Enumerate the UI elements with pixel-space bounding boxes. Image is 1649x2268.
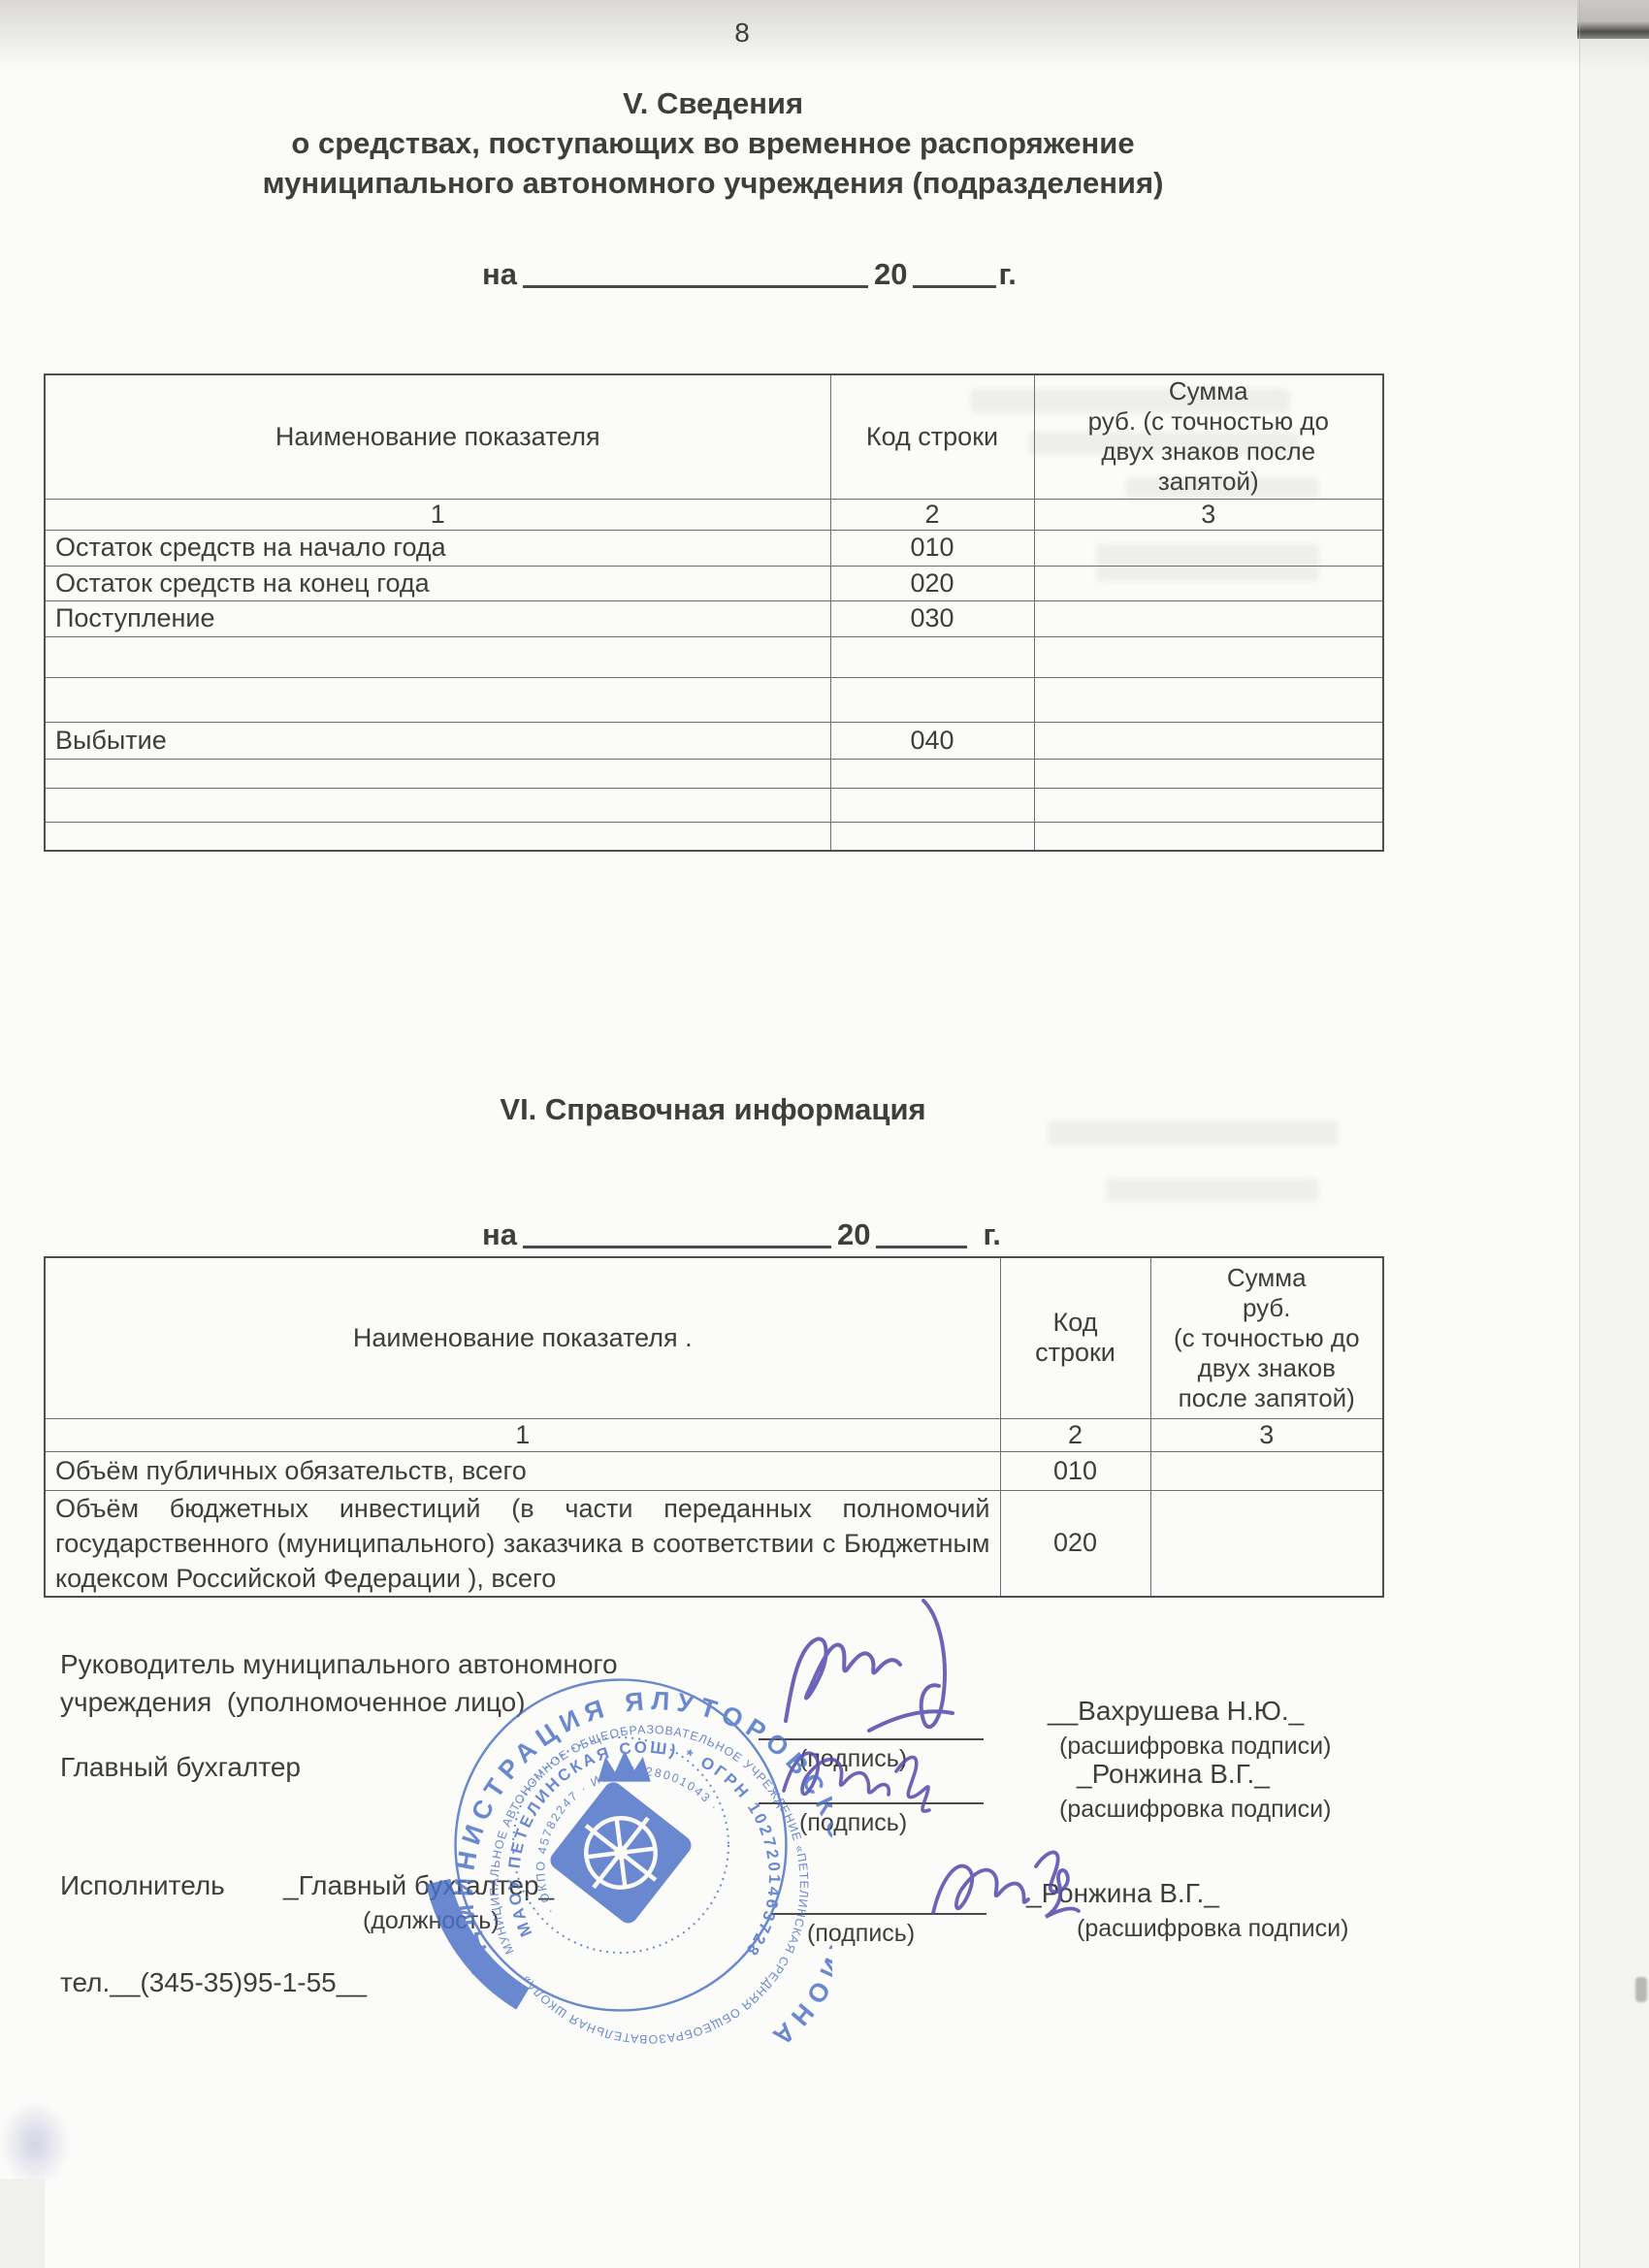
sum-cell <box>1034 677 1383 722</box>
line-code-cell <box>830 788 1034 822</box>
line-code-cell: 020 <box>1000 1490 1150 1597</box>
table-row: Объём публичных обязательств, всего 010 <box>45 1451 1383 1490</box>
date-year20-label: 20 <box>874 257 907 291</box>
table-header-row: Наименование показателя . Код строки Сум… <box>45 1257 1383 1418</box>
transcript-caption: (расшифровка подписи) <box>1077 1915 1348 1943</box>
numbering-cell: 3 <box>1150 1418 1383 1451</box>
official-round-stamp: АДМИНИСТРАЦИЯ ЯЛУТОРОВСКОГО РАЙОНА МУНИЦ… <box>409 1634 832 2057</box>
table-row <box>45 822 1383 851</box>
line-code-cell <box>830 759 1034 788</box>
date-g-label: г. <box>983 1217 1000 1251</box>
indicator-name-cell <box>45 822 830 851</box>
sum-cell <box>1034 788 1383 822</box>
line-code-cell <box>830 677 1034 722</box>
table-row: Объём бюджетных инвестиций (в части пере… <box>45 1490 1383 1597</box>
header-code: Код строки <box>830 374 1034 499</box>
handwritten-signature-executor <box>923 1831 1117 1938</box>
table-row: Выбытие 040 <box>45 722 1383 759</box>
header-name: Наименование показателя . <box>45 1257 1000 1418</box>
sum-cell <box>1034 530 1383 566</box>
line-code-cell: 020 <box>830 566 1034 600</box>
page-number: 8 <box>0 17 1484 49</box>
line-code-cell: 010 <box>830 530 1034 566</box>
accountant-name: _Ронжина В.Г._ <box>1077 1759 1270 1790</box>
table-row: Остаток средств на начало года 010 <box>45 530 1383 566</box>
line-code-cell: 040 <box>830 722 1034 759</box>
sum-cell <box>1034 759 1383 788</box>
date-year20-label: 20 <box>837 1217 870 1251</box>
indicator-name-cell <box>45 759 830 788</box>
ink-smudge <box>0 2101 70 2187</box>
sum-cell <box>1150 1490 1383 1597</box>
sum-cell <box>1034 722 1383 759</box>
date-g-label: г. <box>998 257 1016 291</box>
transcript-caption: (расшифровка подписи) <box>1059 1796 1331 1824</box>
line-code-cell <box>830 636 1034 677</box>
date-blank-field <box>523 256 868 288</box>
transcript-caption: (расшифровка подписи) <box>1059 1733 1331 1761</box>
numbering-row: 1 2 3 <box>45 499 1383 530</box>
head-name: __Вахрушева Н.Ю._ <box>1048 1696 1397 1727</box>
table-row <box>45 677 1383 722</box>
indicator-name-cell: Остаток средств на конец года <box>45 566 830 600</box>
table-row <box>45 759 1383 788</box>
sum-cell <box>1150 1451 1383 1490</box>
indicator-name-cell: Остаток средств на начало года <box>45 530 830 566</box>
header-name: Наименование показателя <box>45 374 830 499</box>
table-row: Поступление 030 <box>45 600 1383 636</box>
indicator-name-cell: Объём публичных обязательств, всего <box>45 1451 1000 1490</box>
numbering-cell: 1 <box>45 499 830 530</box>
table-header-row: Наименование показателя Код строки Сумма… <box>45 374 1383 499</box>
scan-edge-mark <box>1635 1977 1647 2002</box>
date-na-label: на <box>482 1217 517 1251</box>
section-vi-title: VI. Справочная информация <box>0 1092 1426 1127</box>
numbering-cell: 2 <box>1000 1418 1150 1451</box>
indicator-name-cell: Поступление <box>45 600 830 636</box>
numbering-cell: 3 <box>1034 499 1383 530</box>
date-blank-field <box>523 1216 831 1248</box>
table-row: Остаток средств на конец года 020 <box>45 566 1383 600</box>
executor-label: Исполнитель <box>60 1870 225 1901</box>
sum-cell <box>1034 600 1383 636</box>
indicator-name-cell: Объём бюджетных инвестиций (в части пере… <box>45 1490 1000 1597</box>
line-code-cell: 030 <box>830 600 1034 636</box>
numbering-cell: 1 <box>45 1418 1000 1451</box>
section-v-table: Наименование показателя Код строки Сумма… <box>44 373 1384 852</box>
indicator-name-cell <box>45 636 830 677</box>
table-row <box>45 788 1383 822</box>
indicator-name-cell: Выбытие <box>45 722 830 759</box>
scan-edge-band <box>1579 0 1649 2268</box>
accountant-label: Главный бухгалтер <box>60 1752 301 1783</box>
date-na-label: на <box>482 257 517 291</box>
sum-cell <box>1034 822 1383 851</box>
bleed-through-smudge <box>1106 1179 1319 1202</box>
header-sum: Сумма руб. (с точностью до двух знаков п… <box>1150 1257 1383 1418</box>
numbering-row: 1 2 3 <box>45 1418 1383 1451</box>
header-code: Код строки <box>1000 1257 1150 1418</box>
year-blank-field <box>913 256 996 288</box>
header-sum: Сумма руб. (с точностью до двух знаков п… <box>1034 374 1383 499</box>
section-vi-table: Наименование показателя . Код строки Сум… <box>44 1256 1384 1598</box>
line-code-cell <box>830 822 1034 851</box>
indicator-name-cell <box>45 677 830 722</box>
scan-edge-shadow <box>0 2179 45 2268</box>
section-v-title: V. Сведения о средствах, поступающих во … <box>0 83 1426 203</box>
phone-line: тел.__(345-35)95-1-55__ <box>60 1967 367 1998</box>
indicator-name-cell <box>45 788 830 822</box>
year-blank-field <box>876 1216 967 1248</box>
sum-cell <box>1034 636 1383 677</box>
section-vi-date-line: на20г. <box>482 1213 1001 1252</box>
sum-cell <box>1034 566 1383 600</box>
line-code-cell: 010 <box>1000 1451 1150 1490</box>
table-row <box>45 636 1383 677</box>
section-v-date-line: на20г. <box>482 252 1017 292</box>
numbering-cell: 2 <box>830 499 1034 530</box>
